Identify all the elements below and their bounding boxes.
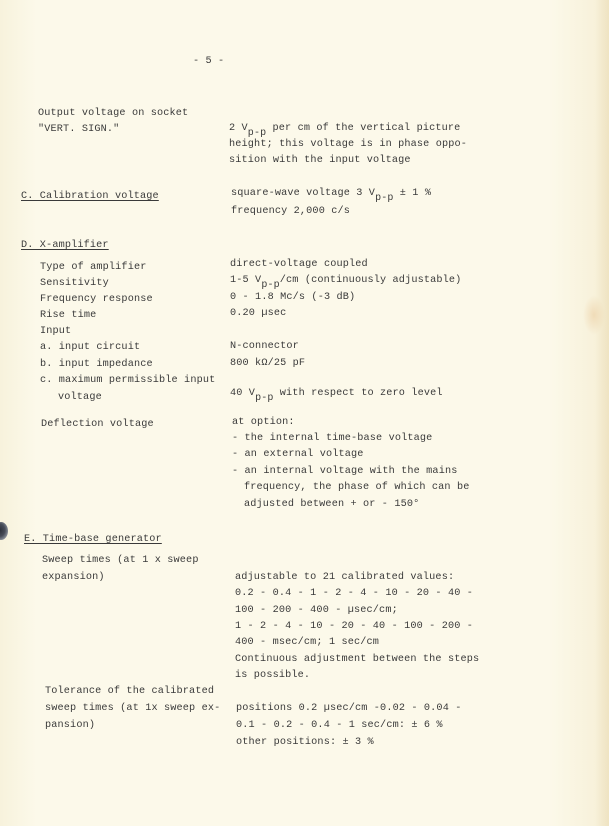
d-value-sensitivity: 1-5 Vp-p/cm (continuously adjustable) bbox=[230, 274, 461, 287]
section-e-heading: E. Time-base generator bbox=[24, 533, 162, 546]
d-label-input-impedance: b. input impedance bbox=[40, 358, 153, 371]
text: square-wave voltage 3 V bbox=[231, 188, 375, 199]
text: 1-5 V bbox=[230, 275, 261, 286]
d-value-type: direct-voltage coupled bbox=[230, 258, 368, 271]
d-label-rise-time: Rise time bbox=[40, 309, 96, 322]
e-tolerance-label-3: pansion) bbox=[45, 719, 95, 732]
text: 40 V bbox=[230, 388, 255, 399]
d-label-deflection: Deflection voltage bbox=[41, 418, 154, 431]
d-label-max-input: c. maximum permissible input bbox=[40, 374, 215, 387]
d-label-frequency: Frequency response bbox=[40, 293, 153, 306]
e-sweep-line-2: 0.2 - 0.4 - 1 - 2 - 4 - 10 - 20 - 40 - bbox=[235, 587, 473, 600]
e-tolerance-label-1: Tolerance of the calibrated bbox=[45, 685, 214, 698]
d-deflection-line-5: frequency, the phase of which can be bbox=[244, 481, 470, 494]
subscript: p-p bbox=[255, 393, 273, 404]
d-value-input-impedance: 800 kΩ/25 pF bbox=[230, 357, 305, 370]
d-label-type: Type of amplifier bbox=[40, 261, 146, 274]
subscript: p-p bbox=[375, 193, 393, 204]
d-value-rise-time: 0.20 µsec bbox=[230, 307, 286, 320]
d-label-sensitivity: Sensitivity bbox=[40, 277, 109, 290]
section-c-heading: C. Calibration voltage bbox=[21, 190, 159, 203]
d-value-input-circuit: N-connector bbox=[230, 340, 299, 353]
e-sweep-line-1: adjustable to 21 calibrated values: bbox=[235, 571, 454, 584]
d-deflection-line-6: adjusted between + or - 150° bbox=[244, 498, 419, 511]
d-deflection-line-4: - an internal voltage with the mains bbox=[232, 465, 458, 478]
e-tolerance-line-1: positions 0.2 µsec/cm -0.02 - 0.04 - bbox=[236, 702, 462, 715]
e-sweep-label-1: Sweep times (at 1 x sweep bbox=[42, 554, 199, 567]
text: ± 1 % bbox=[394, 188, 432, 199]
d-deflection-line-3: - an external voltage bbox=[232, 448, 364, 461]
d-label-input-circuit: a. input circuit bbox=[40, 341, 140, 354]
subscript: p-p bbox=[261, 280, 279, 291]
e-sweep-line-3: 100 - 200 - 400 - µsec/cm; bbox=[235, 604, 398, 617]
output-voltage-value-2: height; this voltage is in phase oppo- bbox=[229, 138, 467, 151]
text: 2 V bbox=[229, 123, 248, 134]
paper-stain bbox=[583, 295, 605, 335]
e-sweep-line-5: 400 - msec/cm; 1 sec/cm bbox=[235, 636, 379, 649]
d-deflection-line-2: - the internal time-base voltage bbox=[232, 432, 432, 445]
output-voltage-label-1: Output voltage on socket bbox=[38, 107, 188, 120]
calibration-value-2: frequency 2,000 c/s bbox=[231, 205, 350, 218]
e-sweep-line-4: 1 - 2 - 4 - 10 - 20 - 40 - 100 - 200 - bbox=[235, 620, 473, 633]
e-tolerance-line-3: other positions: ± 3 % bbox=[236, 736, 374, 749]
d-label-voltage: voltage bbox=[58, 391, 102, 404]
d-value-max-voltage: 40 Vp-p with respect to zero level bbox=[230, 387, 443, 400]
section-d-heading: D. X-amplifier bbox=[21, 239, 109, 252]
e-sweep-line-6: Continuous adjustment between the steps bbox=[235, 653, 479, 666]
d-deflection-line-1: at option: bbox=[232, 416, 295, 429]
d-value-frequency: 0 - 1.8 Mc/s (-3 dB) bbox=[230, 291, 355, 304]
paper-edge-shadow bbox=[595, 0, 609, 826]
e-sweep-label-2: expansion) bbox=[42, 571, 105, 584]
output-voltage-label-2: "VERT. SIGN." bbox=[38, 123, 119, 136]
e-tolerance-line-2: 0.1 - 0.2 - 0.4 - 1 sec/cm: ± 6 % bbox=[236, 719, 443, 732]
punch-hole-icon bbox=[0, 522, 8, 540]
output-voltage-value-3: sition with the input voltage bbox=[229, 154, 411, 167]
document-page: - 5 - Output voltage on socket "VERT. SI… bbox=[0, 0, 609, 826]
output-voltage-value-1: 2 Vp-p per cm of the vertical picture bbox=[229, 122, 460, 135]
e-tolerance-label-2: sweep times (at 1x sweep ex- bbox=[45, 702, 220, 715]
d-label-input: Input bbox=[40, 325, 71, 338]
calibration-value-1: square-wave voltage 3 Vp-p ± 1 % bbox=[231, 187, 431, 200]
text: with respect to zero level bbox=[274, 388, 443, 399]
page-number: - 5 - bbox=[193, 55, 224, 68]
e-sweep-line-7: is possible. bbox=[235, 669, 310, 682]
text: per cm of the vertical picture bbox=[266, 123, 460, 134]
text: /cm (continuously adjustable) bbox=[280, 275, 462, 286]
